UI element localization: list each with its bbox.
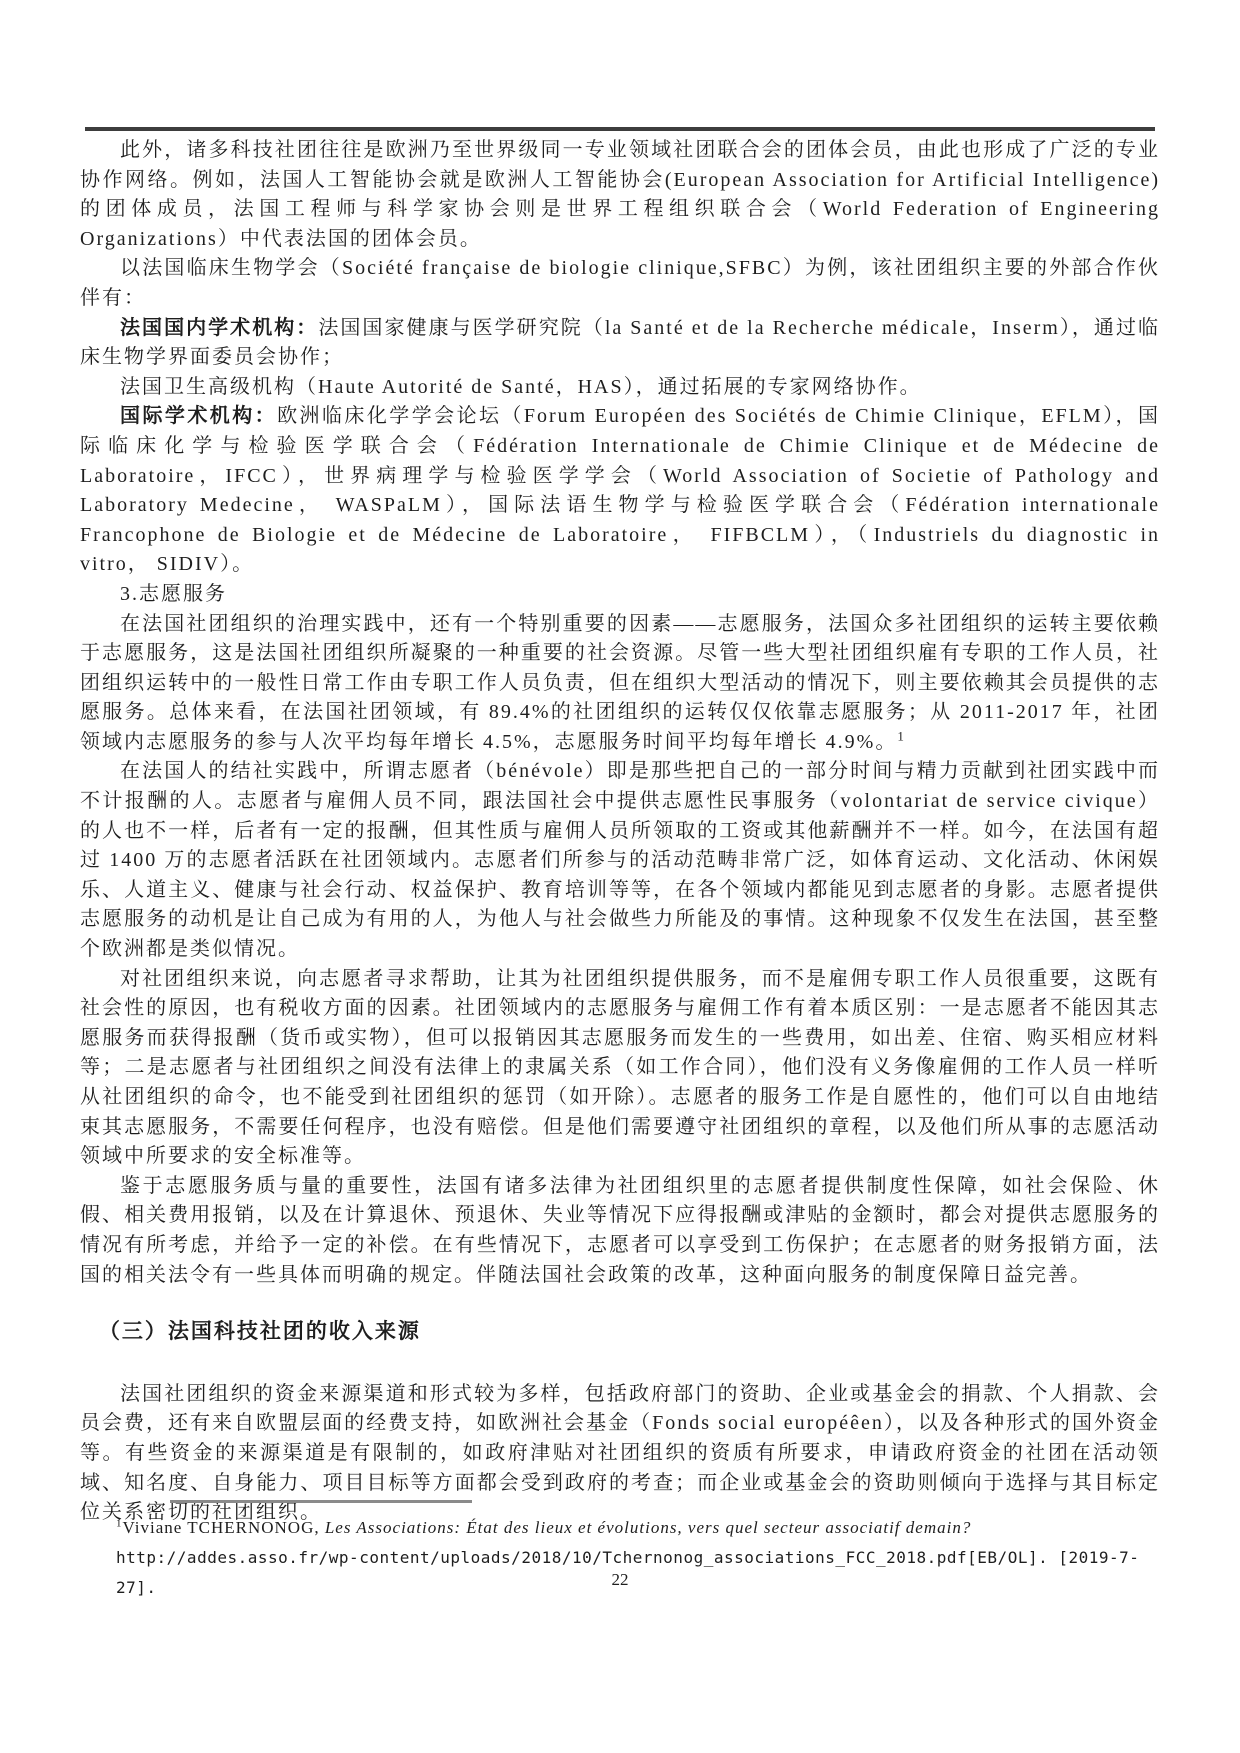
document-page: 此外，诸多科技社团往往是欧洲乃至世界级同一专业领域社团联合会的团体会员，由此也形…: [0, 0, 1240, 1753]
paragraph-text: 在法国社团组织的治理实践中，还有一个特别重要的因素——志愿服务，法国众多社团组织…: [80, 613, 1160, 753]
subsection-title-volunteer-service: 3.志愿服务: [80, 580, 1160, 610]
page-body: 此外，诸多科技社团往往是欧洲乃至世界级同一专业领域社团联合会的团体会员，由此也形…: [80, 136, 1160, 1528]
footnote-separator-rule: [170, 1500, 472, 1503]
paragraph-legal-protection: 鉴于志愿服务质与量的重要性，法国有诸多法律为社团组织里的志愿者提供制度性保障，如…: [80, 1172, 1160, 1290]
page-number: 22: [0, 1570, 1240, 1590]
paragraph-has-partner: 法国卫生高级机构（Haute Autorité de Santé，HAS），通过…: [80, 373, 1160, 403]
section-heading-income-sources: （三）法国科技社团的收入来源: [80, 1317, 1160, 1347]
paragraph-volunteer-vs-employee: 对社团组织来说，向志愿者寻求帮助，让其为社团组织提供服务，而不是雇佣专职工作人员…: [80, 965, 1160, 1172]
footnote-author: Viviane TCHERNONOG,: [123, 1518, 325, 1537]
paragraph-memberships: 此外，诸多科技社团往往是欧洲乃至世界级同一专业领域社团联合会的团体会员，由此也形…: [80, 136, 1160, 254]
paragraph-benevole-definition: 在法国人的结社实践中，所谓志愿者（bénévole）即是那些把自己的一部分时间与…: [80, 757, 1160, 964]
header-rule: [85, 127, 1155, 131]
domestic-institutions-lead: 法国国内学术机构：: [120, 317, 318, 339]
paragraph-domestic-partners: 法国国内学术机构：法国国家健康与医学研究院（la Santé et de la …: [80, 314, 1160, 373]
paragraph-text: 欧洲临床化学学会论坛（Forum Européen des Sociétés d…: [80, 405, 1160, 575]
footnote-title: Les Associations: État des lieux et évol…: [325, 1518, 972, 1537]
paragraph-sfbc-intro: 以法国临床生物学会（Société française de biologie …: [80, 254, 1160, 313]
international-institutions-lead: 国际学术机构：: [120, 405, 277, 427]
paragraph-volunteer-importance: 在法国社团组织的治理实践中，还有一个特别重要的因素——志愿服务，法国众多社团组织…: [80, 610, 1160, 758]
footnote-reference-marker: 1: [897, 728, 906, 743]
paragraph-international-partners: 国际学术机构：欧洲临床化学学会论坛（Forum Européen des Soc…: [80, 402, 1160, 580]
